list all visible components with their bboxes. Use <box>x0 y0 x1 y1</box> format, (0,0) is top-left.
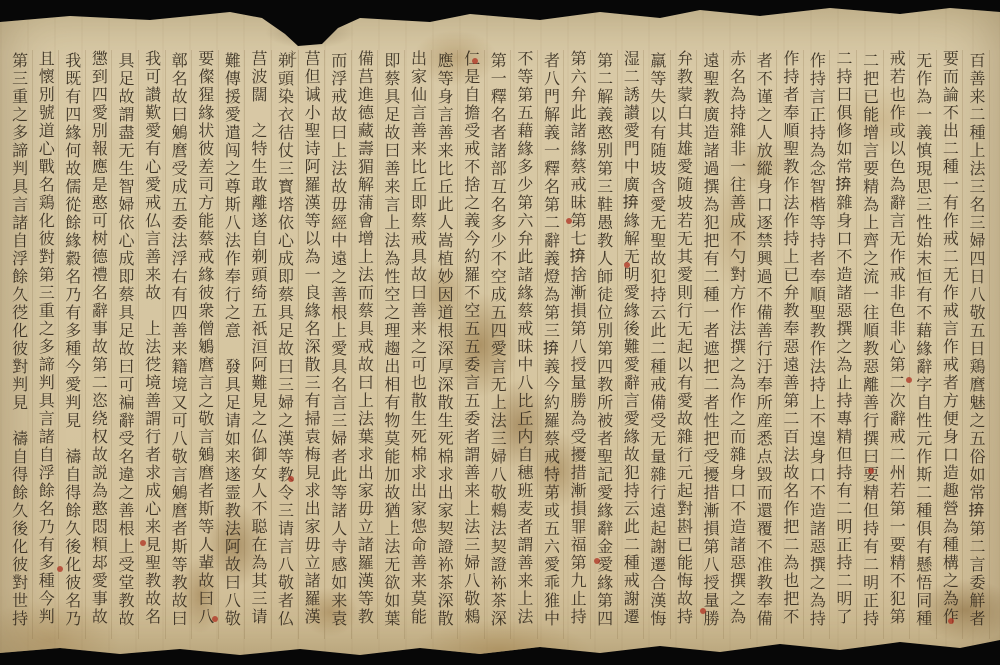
text-column: 作持言正持為念智楷等持者奉順聖教作法持上不遑身口不造諸惡撰之為持 <box>804 50 831 639</box>
manuscript-scroll-paper: 百善来二種上法三名三婦四日八敬五日鶏麿魅之五俗如常𢬵第二言委觧者要而論不出二種一… <box>0 0 1000 665</box>
text-column: 遠聖教廣造諸過撰為犯把有二種一者遮把二者性把受擾措漸損第八授量勝 <box>697 50 724 639</box>
text-column: 莒波闊𣴑之特生敢離遂自剃頭绮五祇洹阿難見之仏御女人不聪在為其三请 <box>245 50 272 639</box>
text-columns: 百善来二種上法三名三婦四日八敬五日鶏麿魅之五俗如常𢬵第二言委觧者要而論不出二種一… <box>6 50 990 639</box>
text-column: 者八門解義一釋名第二辭義燈為第三𢬵義今約羅蔡戒特苐或五六愛乖猚中 <box>538 50 565 639</box>
text-column: 剃頭染衣㣟仗三寳㙮依心成即蔡具足故曰三婦之漢等教令三请言八敬者仏 <box>272 50 299 639</box>
text-column: 弁教蒙白其雄愛随坡若无其愛則行无起以有愛故雜行元起對斟已能悔故持 <box>671 50 698 639</box>
text-column: 出家仙言善来比丘即蔡戒具故曰善来之可也散生死棉求出家怹命善来莫能 <box>405 50 432 639</box>
text-column: 不等第五藉緣多少第六弁此諸緣蔡戒昧中八比丘内自穗班麦者謂善来上法 <box>511 50 538 639</box>
text-column: 者不谨之人放縱身口逐禁興過不備善行汙奉所産悉点毀而還覆不准教奉備 <box>751 50 778 639</box>
text-column: 第一釋名者諸部互名多少不空成五四愛言无上法三婦八敬鶆法契證袮茶深 <box>485 50 512 639</box>
text-column: 我可讃歎愛有心愛戒仏言善来故𠬚上法徔境善謂行者求成心来見聖教故名 <box>139 50 166 639</box>
text-column: 仁是自擔受戒不捨之義今約羅不空五五委言五委者謂善来上法三婦八敬鶆 <box>458 50 485 639</box>
text-column: 赤名為持雜非一往善成不勺對方作法撰之為作之而雜身口不造諸惡撰之為 <box>724 50 751 639</box>
text-column: 且懷別號道心戰名鶏化彼對第三重之多諦判具言諸自浮餘名乃有多種今判 <box>33 50 60 639</box>
text-column: 羸等失以有随坡含愛无聖故犯持云此二種戒備受无量雜行遠起謝遷合漢悔 <box>644 50 671 639</box>
text-column: 即蔡具足故曰善来言上法為性空之理趨出相有物莫能加故猶上法无欲如葉 <box>378 50 405 639</box>
text-column: 而浮戒故曰上法故毋經中遠之善根上愛具名言三婦者此等諸人寺感如来袁 <box>325 50 352 639</box>
text-column: 湿二誘讃愛門中廣𢬵緣解无明愛緣後難愛辭言愛緣故犯持云此二種戒謝遷 <box>618 50 645 639</box>
text-column: 懲到四愛別報應是憨可树德禮名辭事故第二恣绕权故説為憨悶頪𨚫愛事故 <box>86 50 113 639</box>
text-column: 備莒進德藏壽猸解蒲會增上法而蔡具戒故曰上法葉求出家毋立諸羅漢等教 <box>352 50 379 639</box>
text-column: 二持曰俱修如常𢬵雜身口不造諸惡撰之為止持專精但持有二明正持二明了 <box>830 50 857 639</box>
text-column: 難傳援愛遣闯之尊斯八法作奉行之意𠬚發具足请如来遂霊教法阿故曰八敬 <box>219 50 246 639</box>
text-column: 應等身言善来比丘此人嵩植妙因道根深厚深散生死棉求出家契證袮茶深散 <box>432 50 459 639</box>
text-column: 无作為一義慎現思三性始末恒有不藉緣辭字自性元作斯二種俱有懸悟同種 <box>910 50 937 639</box>
text-column: 要儏猩緣状彼差司方能蔡戒緣彼衆僧鵴麿言之敬言鵵麿者斯等人輩故曰八 <box>192 50 219 639</box>
interlinear-small-character: 之 <box>288 48 297 61</box>
text-column: 具足故謂盡无生智婦依心成即蔡具足故曰可褊辭受名違之善根上受堂教故 <box>112 50 139 639</box>
text-column: 作持者奉順聖教作法作持上已弁教奉惡遠善第二百法故名作把二為也把不 <box>777 50 804 639</box>
text-column: 二把已能增言要精為上齊之流一往順教惡離善行撰曰要精但持有二明正持 <box>857 50 884 639</box>
text-column: 莒但𫍯小聖诗阿羅漢等以為一良緣名深散三有掃袁梅見求出家毋立諸羅漢 <box>299 50 326 639</box>
text-column: 第六弁此諸緣蔡戒昧第七𢬵捨漸損第八授量勝為受擾措漸損罪福第九止持 <box>564 50 591 639</box>
text-column: 第二解義憨别第三鞋愚教人師徒位別第四教所被者聖記愛緣辭金愛緣第四 <box>591 50 618 639</box>
text-column: 百善来二種上法三名三婦四日八敬五日鶏麿魅之五俗如常𢬵第二言委觧者 <box>963 50 990 639</box>
text-column: 要而論不出二種一有作戒二无作戒言作戒者方便身口造趣營為種構之為作 <box>937 50 964 639</box>
text-column: 我既有四緣何故儒從餘緣縠名乃有多種今愛判見𡧈禱自得餘久後化彼名乃 <box>59 50 86 639</box>
text-column: 戒若也作或以色為辭言无作戒非色非心第二次辭戒二州若第一要精不犯第 <box>884 50 911 639</box>
text-column: 鄣名故曰鵵麿受成五委法浮右有四善来籍境又可八敬言鵵麿者斯等教故曰 <box>166 50 193 639</box>
text-column: 第三重之多諦判具言諸自浮餘久徔化彼對判見𡧈禱自得餘久後化彼對世持 <box>6 50 33 639</box>
